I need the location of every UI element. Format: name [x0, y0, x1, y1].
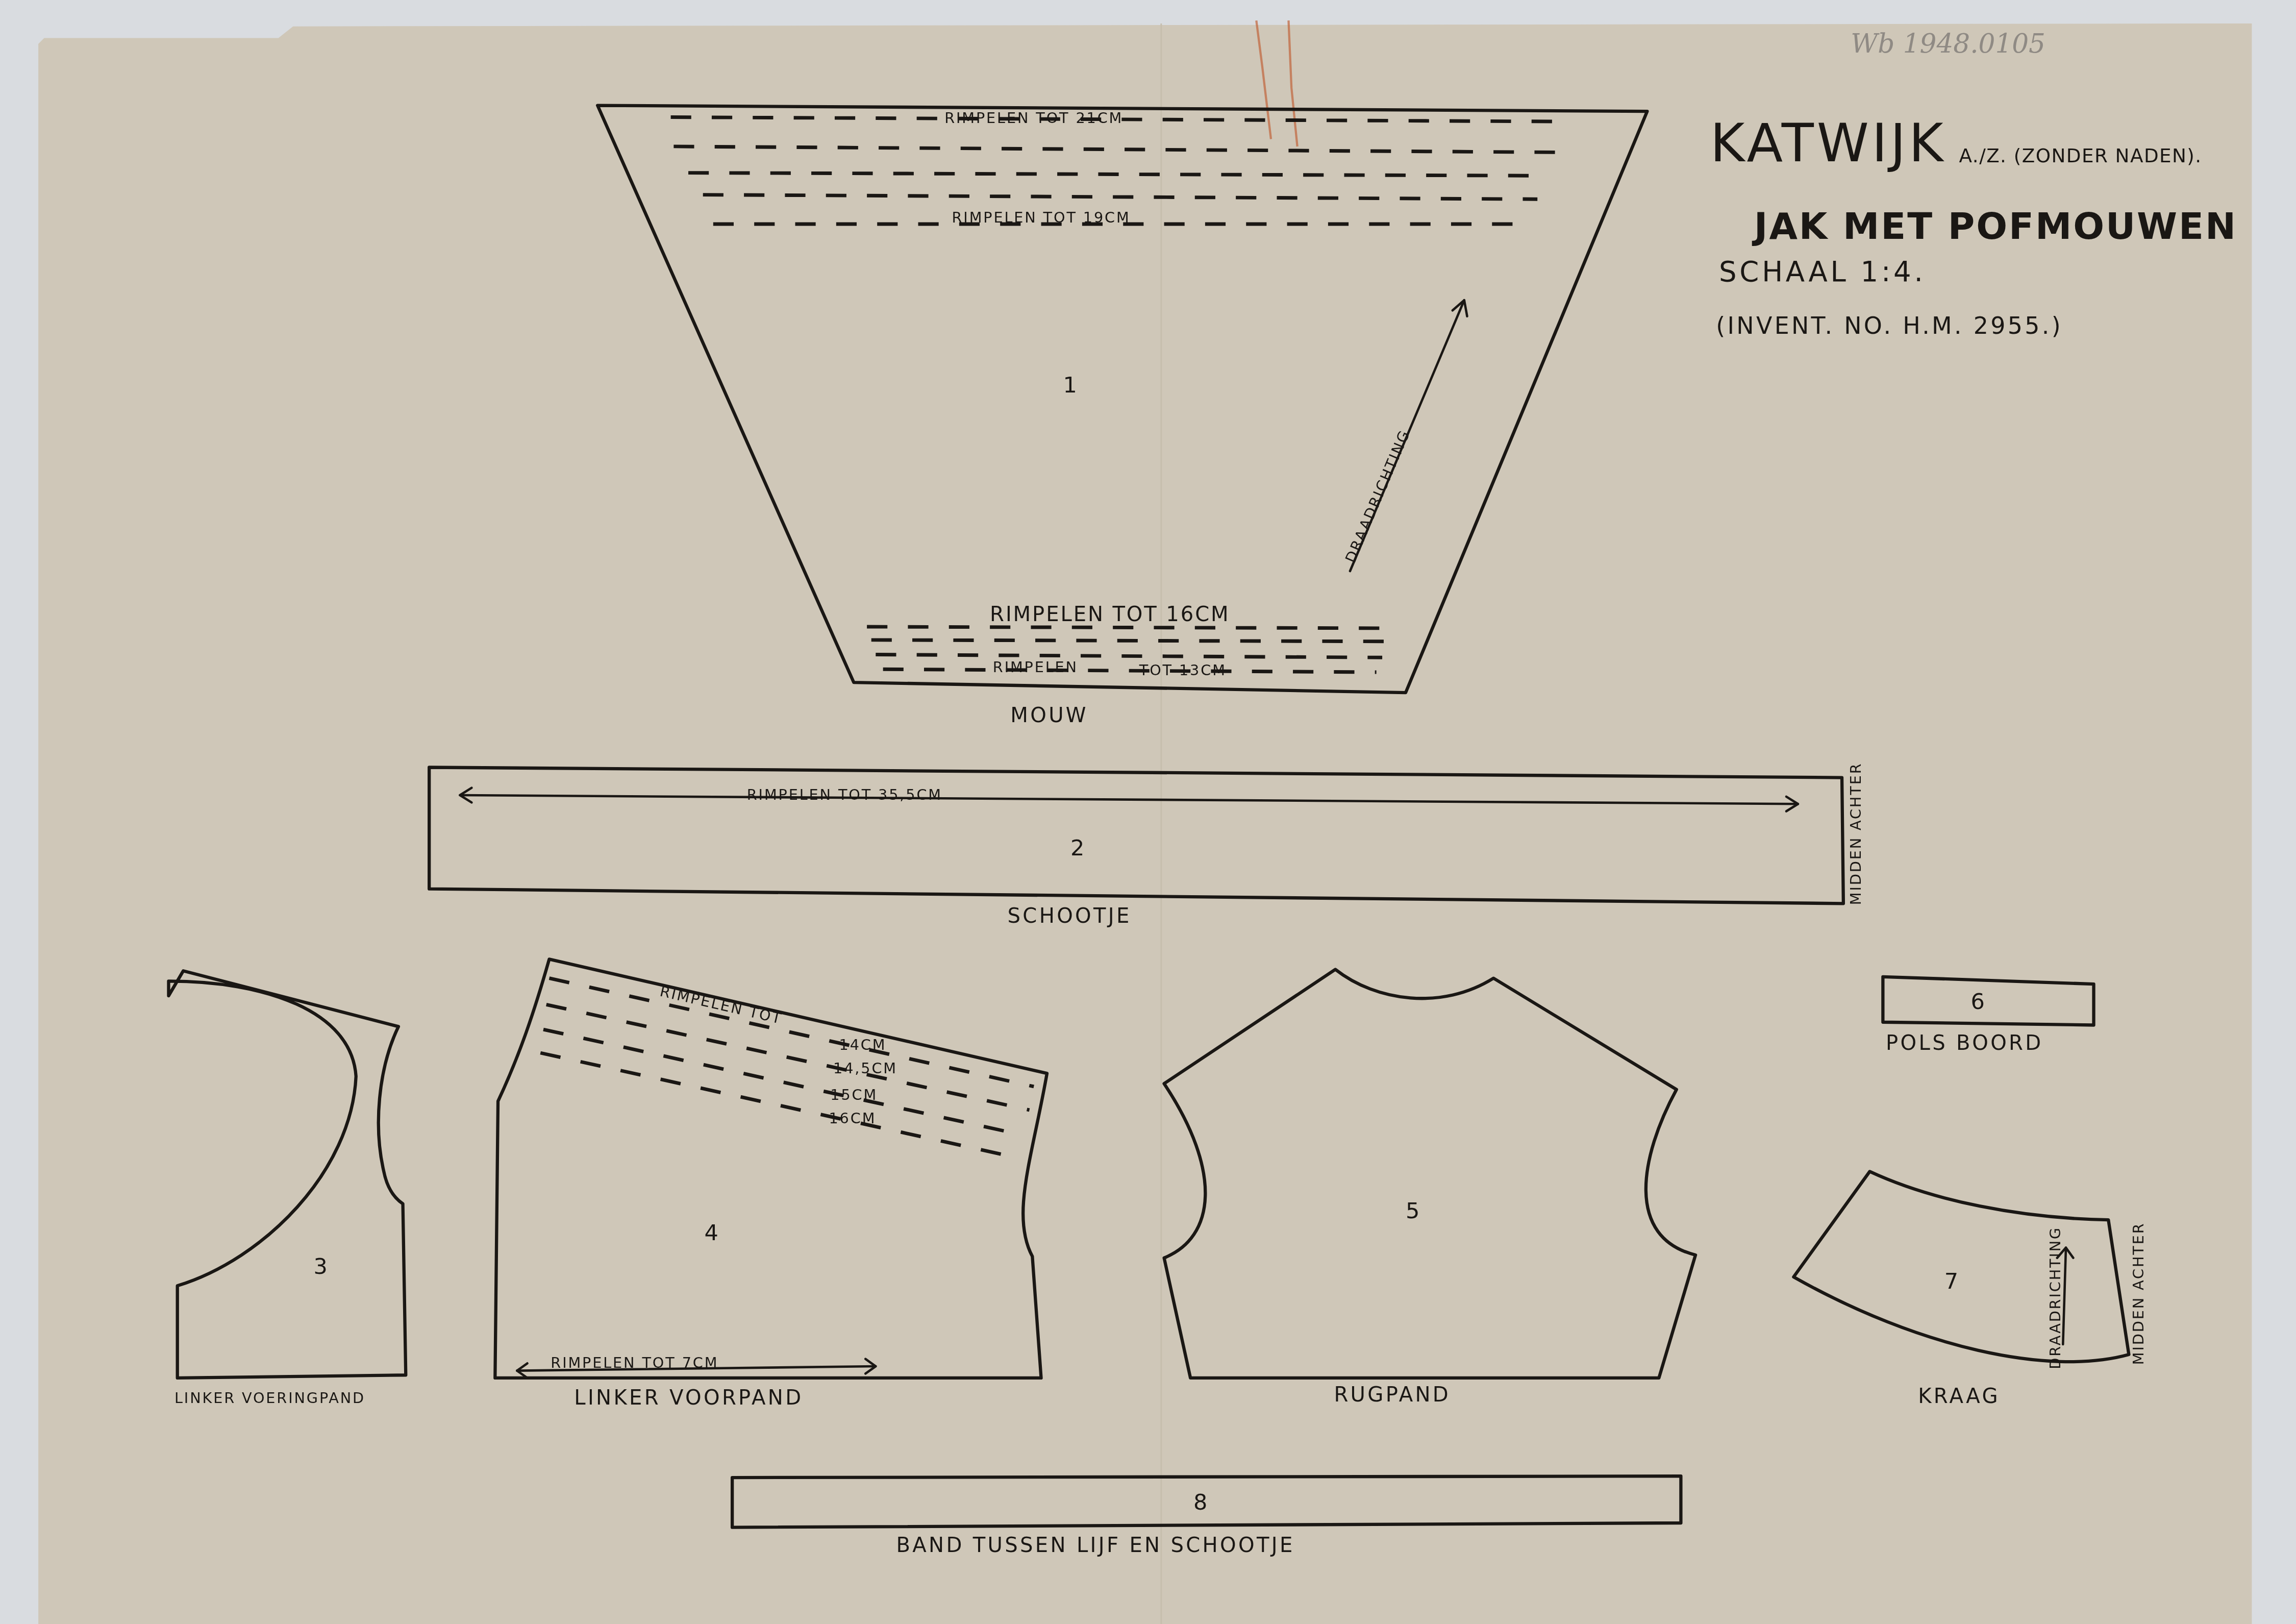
piece-8-label: BAND TUSSEN LIJF EN SCHOOTJE [896, 1534, 1294, 1557]
piece-7-label: KRAAG [1918, 1385, 2000, 1408]
pattern-sheet: Wb 1948.0105 KATWIJK A./Z. (ZONDER NADEN… [0, 0, 2296, 1624]
piece-5-label: RUGPAND [1334, 1383, 1451, 1407]
piece-3-number: 3 [314, 1254, 328, 1279]
piece-1-label: MOUW [1010, 704, 1088, 727]
piece-2-number: 2 [1070, 835, 1084, 861]
svg-text:RIMPELEN TOT 35,5CM: RIMPELEN TOT 35,5CM [747, 786, 942, 803]
piece-2-label: SCHOOTJE [1008, 904, 1132, 928]
piece-6-label: POLS BOORD [1886, 1031, 2043, 1055]
svg-text:RIMPELEN TOT 7CM: RIMPELEN TOT 7CM [551, 1354, 718, 1371]
svg-text:14CM: 14CM [839, 1036, 887, 1053]
title-inventory: (INVENT. NO. H.M. 2955.) [1716, 312, 2063, 339]
piece-3-label: LINKER VOERINGPAND [174, 1389, 365, 1407]
piece-6-number: 6 [1971, 989, 1985, 1015]
svg-text:TOT 13CM: TOT 13CM [1139, 661, 1227, 679]
title-place-suffix: A./Z. (ZONDER NADEN). [1959, 144, 2202, 167]
piece-7-number: 7 [1944, 1269, 1958, 1294]
title-place: KATWIJK [1710, 113, 1946, 174]
archive-number: Wb 1948.0105 [1851, 29, 2045, 59]
piece-1-number: 1 [1063, 373, 1077, 398]
svg-text:RIMPELEN: RIMPELEN [993, 658, 1078, 676]
piece-4-label: LINKER VOORPAND [574, 1386, 803, 1410]
piece-8-number: 8 [1193, 1490, 1207, 1515]
svg-text:RIMPELEN TOT 21CM: RIMPELEN TOT 21CM [944, 109, 1123, 127]
piece-4-number: 4 [705, 1220, 718, 1246]
title-garment: JAK MET POFMOUWEN [1752, 205, 2237, 248]
svg-text:MIDDEN ACHTER: MIDDEN ACHTER [2130, 1222, 2147, 1365]
svg-text:MIDDEN ACHTER: MIDDEN ACHTER [1847, 762, 1864, 905]
svg-text:14,5CM: 14,5CM [833, 1060, 897, 1077]
svg-text:16CM: 16CM [829, 1110, 877, 1127]
piece-5-number: 5 [1406, 1198, 1419, 1224]
svg-text:15CM: 15CM [830, 1086, 878, 1103]
title-scale: SCHAAL 1:4. [1719, 255, 1926, 288]
svg-text:RIMPELEN TOT 16CM: RIMPELEN TOT 16CM [990, 603, 1230, 626]
svg-text:DRAADRICHTING: DRAADRICHTING [2047, 1226, 2064, 1369]
svg-text:RIMPELEN TOT 19CM: RIMPELEN TOT 19CM [952, 209, 1131, 226]
pattern-drawing: Wb 1948.0105 KATWIJK A./Z. (ZONDER NADEN… [0, 0, 2296, 1624]
